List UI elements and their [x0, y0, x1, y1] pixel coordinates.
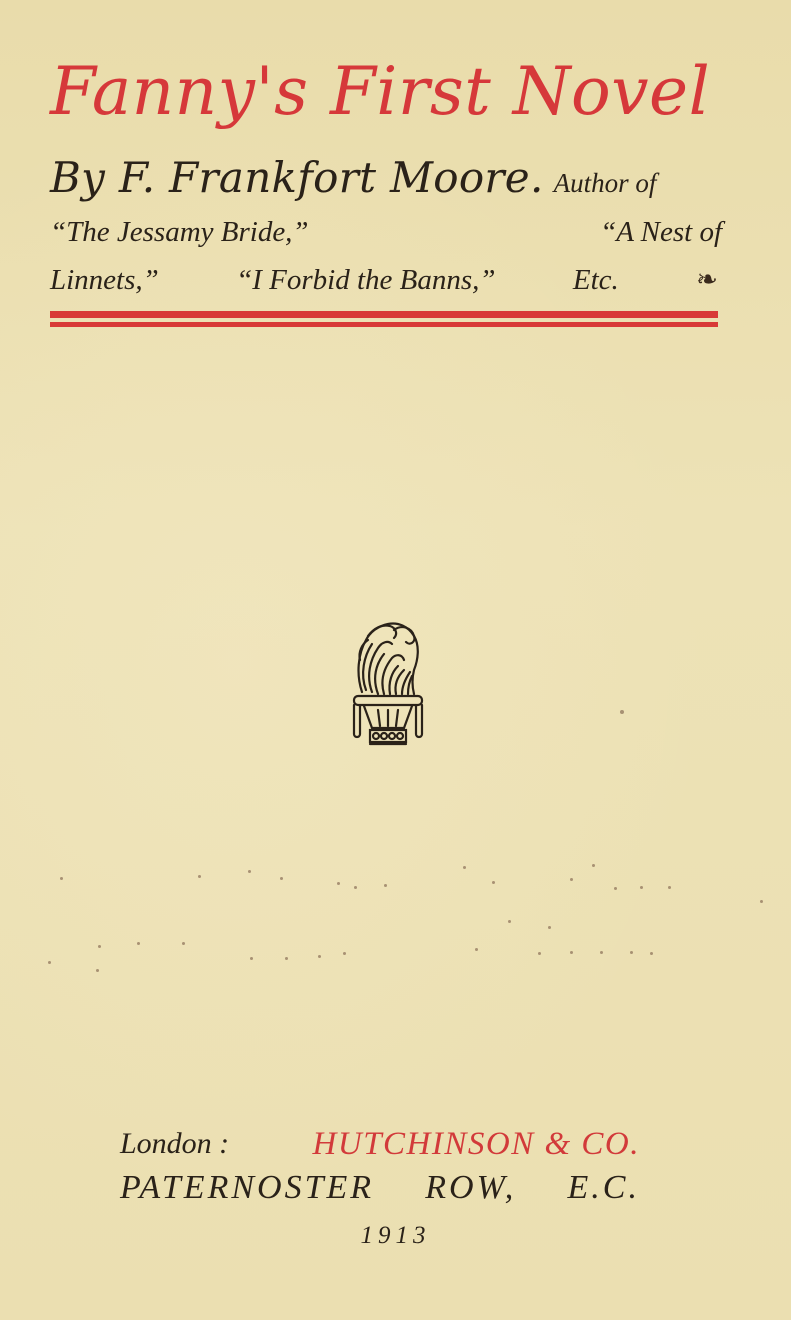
paper-speck [343, 952, 346, 955]
address-part: PATERNOSTER [120, 1166, 374, 1210]
paper-speck [137, 942, 140, 945]
paper-speck [668, 886, 671, 889]
paper-speck [98, 945, 101, 948]
paper-speck [96, 969, 99, 972]
flaming-brazier-icon [348, 614, 428, 760]
paper-speck [538, 952, 541, 955]
paper-speck [354, 886, 357, 889]
paper-speck [384, 884, 387, 887]
paper-speck [48, 961, 51, 964]
publisher-city: London : [120, 1122, 229, 1166]
address-part: E.C. [568, 1166, 640, 1210]
fleuron-icon: ❧ [696, 260, 718, 300]
author-name: By F. Frankfort Moore. [50, 153, 544, 202]
title-page: Fanny's First Novel By F. Frankfort Moor… [0, 0, 791, 1320]
paper-speck [492, 881, 495, 884]
byline: By F. Frankfort Moore. Author of [50, 150, 730, 206]
imprint-publisher-line: London : HUTCHINSON & CO. [120, 1122, 640, 1166]
paper-speck [248, 870, 251, 873]
paper-speck [548, 926, 551, 929]
work-title: Linnets,” [50, 260, 159, 300]
paper-speck [250, 957, 253, 960]
paper-speck [60, 877, 63, 880]
paper-speck [614, 887, 617, 890]
red-rule-thick [50, 311, 718, 318]
paper-speck [285, 957, 288, 960]
paper-speck [620, 710, 624, 714]
paper-speck [600, 951, 603, 954]
paper-speck [650, 952, 653, 955]
work-title: “A Nest of [600, 212, 722, 252]
work-title: “I Forbid the Banns,” [236, 260, 495, 300]
paper-speck [463, 866, 466, 869]
book-title: Fanny's First Novel [50, 52, 730, 132]
paper-speck [640, 886, 643, 889]
imprint-address-line: PATERNOSTER ROW, E.C. [120, 1166, 640, 1210]
publication-year: 1913 [0, 1222, 791, 1250]
paper-speck [592, 864, 595, 867]
work-title: “The Jessamy Bride,” [50, 212, 309, 252]
paper-speck [318, 955, 321, 958]
other-works-line-1: “The Jessamy Bride,” “A Nest of [50, 212, 722, 252]
paper-speck [570, 878, 573, 881]
address-part: ROW, [425, 1166, 516, 1210]
publisher-name: HUTCHINSON & CO. [313, 1122, 640, 1166]
paper-speck [570, 951, 573, 954]
author-of-label: Author of [554, 168, 657, 198]
other-works-line-2: Linnets,” “I Forbid the Banns,” Etc. ❧ [50, 260, 722, 300]
paper-speck [760, 900, 763, 903]
paper-speck [337, 882, 340, 885]
etc-label: Etc. [573, 260, 619, 300]
paper-speck [280, 877, 283, 880]
paper-speck [475, 948, 478, 951]
paper-speck [508, 920, 511, 923]
paper-speck [182, 942, 185, 945]
red-rule-thin [50, 322, 718, 327]
paper-speck [198, 875, 201, 878]
paper-speck [630, 951, 633, 954]
